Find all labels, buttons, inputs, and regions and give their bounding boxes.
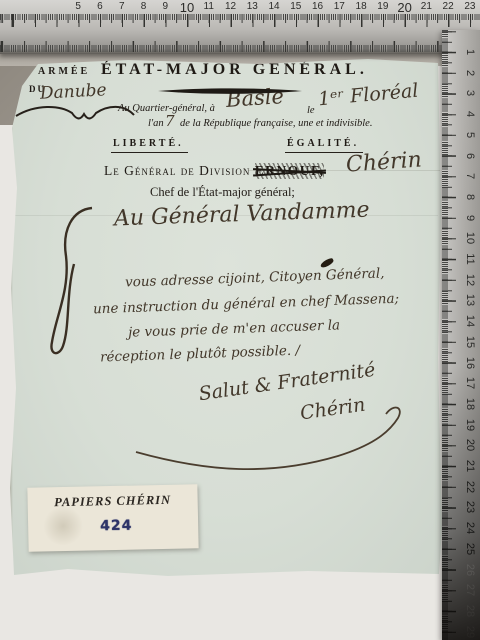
- label-smudge: [42, 507, 85, 546]
- ruler-number: 5: [69, 1, 87, 12]
- ruler-number: 14: [265, 1, 283, 12]
- handwritten-danube: Danube: [40, 80, 108, 103]
- chef-etat-major-line: Chef de l'État-major général;: [150, 185, 295, 200]
- ruler-number: 18: [352, 1, 370, 12]
- ruler-number: 12: [222, 1, 240, 12]
- ruler-number: 21: [417, 1, 435, 12]
- je-flourish: [51, 208, 92, 353]
- ruler-number: 15: [287, 1, 305, 12]
- ruler-number: 13: [243, 1, 261, 12]
- general-division-printed: Le Général de Division: [104, 163, 250, 178]
- collection-label: PAPIERS CHÉRIN 424: [27, 484, 198, 552]
- ruler-shadow: [442, 30, 480, 640]
- handwritten-place: Basle: [225, 84, 284, 112]
- photo-of-document: ARMÉE DU Danube ÉTAT-MAJOR GÉNÉRAL. Au Q…: [0, 0, 480, 640]
- label-number: 424: [100, 518, 133, 535]
- ruler-cm-ticks: [0, 14, 480, 27]
- body-line-2: une instruction du général en chef Masse…: [93, 291, 400, 318]
- egalite-motto: ÉGALITÉ.: [285, 138, 363, 153]
- ruler-number: 6: [91, 1, 109, 12]
- label-title: PAPIERS CHÉRIN: [28, 492, 198, 511]
- ruler-number: 10: [178, 0, 196, 15]
- ruler-number: 20: [396, 0, 414, 15]
- body-line-4: réception le plutôt possible. /: [100, 343, 300, 366]
- etat-major-title: ÉTAT-MAJOR GÉNÉRAL.: [101, 61, 368, 79]
- handwritten-addressee: Au Général Vandamme: [114, 198, 370, 232]
- danube-brace: [16, 107, 134, 119]
- le-word: le: [307, 105, 315, 116]
- handwritten-cherin: Chérin: [345, 147, 422, 177]
- ruler-number: 19: [374, 1, 392, 12]
- ruler-number: 7: [113, 1, 131, 12]
- signature-swash: [136, 407, 400, 469]
- armee-heading: ARMÉE: [38, 66, 90, 77]
- handwritten-year: 7: [165, 112, 175, 130]
- horizontal-ruler: 567891011121314151617181920212223: [0, 0, 480, 54]
- liberte-motto: LIBERTÉ.: [111, 138, 188, 153]
- ruler-number: 9: [156, 1, 174, 12]
- body-line-3: je vous prie de m'en accuser la: [128, 317, 341, 340]
- ruler-number: 22: [439, 1, 457, 12]
- ruler-number: 23: [461, 1, 479, 12]
- ruler-number: 16: [309, 1, 327, 12]
- torn-left-edge: [8, 78, 13, 573]
- ruler-bottom-cm-ticks: [0, 41, 480, 52]
- ruler-number: 8: [134, 1, 152, 12]
- ruler-number: 11: [200, 1, 218, 12]
- handwritten-date: 1ᵉʳ Floréal: [317, 80, 419, 111]
- signature-cherin: Chérin: [299, 394, 367, 425]
- ruler-number: 17: [330, 1, 348, 12]
- republic-line: de la République française, une et indiv…: [180, 118, 372, 129]
- general-division-line: Le Général de Division ERNOUF,: [104, 163, 324, 179]
- backdrop-white-board: [0, 577, 480, 640]
- body-line-1: vous adresse cijoint, Citoyen Général,: [125, 265, 385, 290]
- lan-word: l'an: [148, 118, 164, 129]
- struck-out-name: ERNOUF,: [255, 163, 325, 179]
- vertical-ruler: 1234567891011121314151617181920212223242…: [442, 30, 480, 640]
